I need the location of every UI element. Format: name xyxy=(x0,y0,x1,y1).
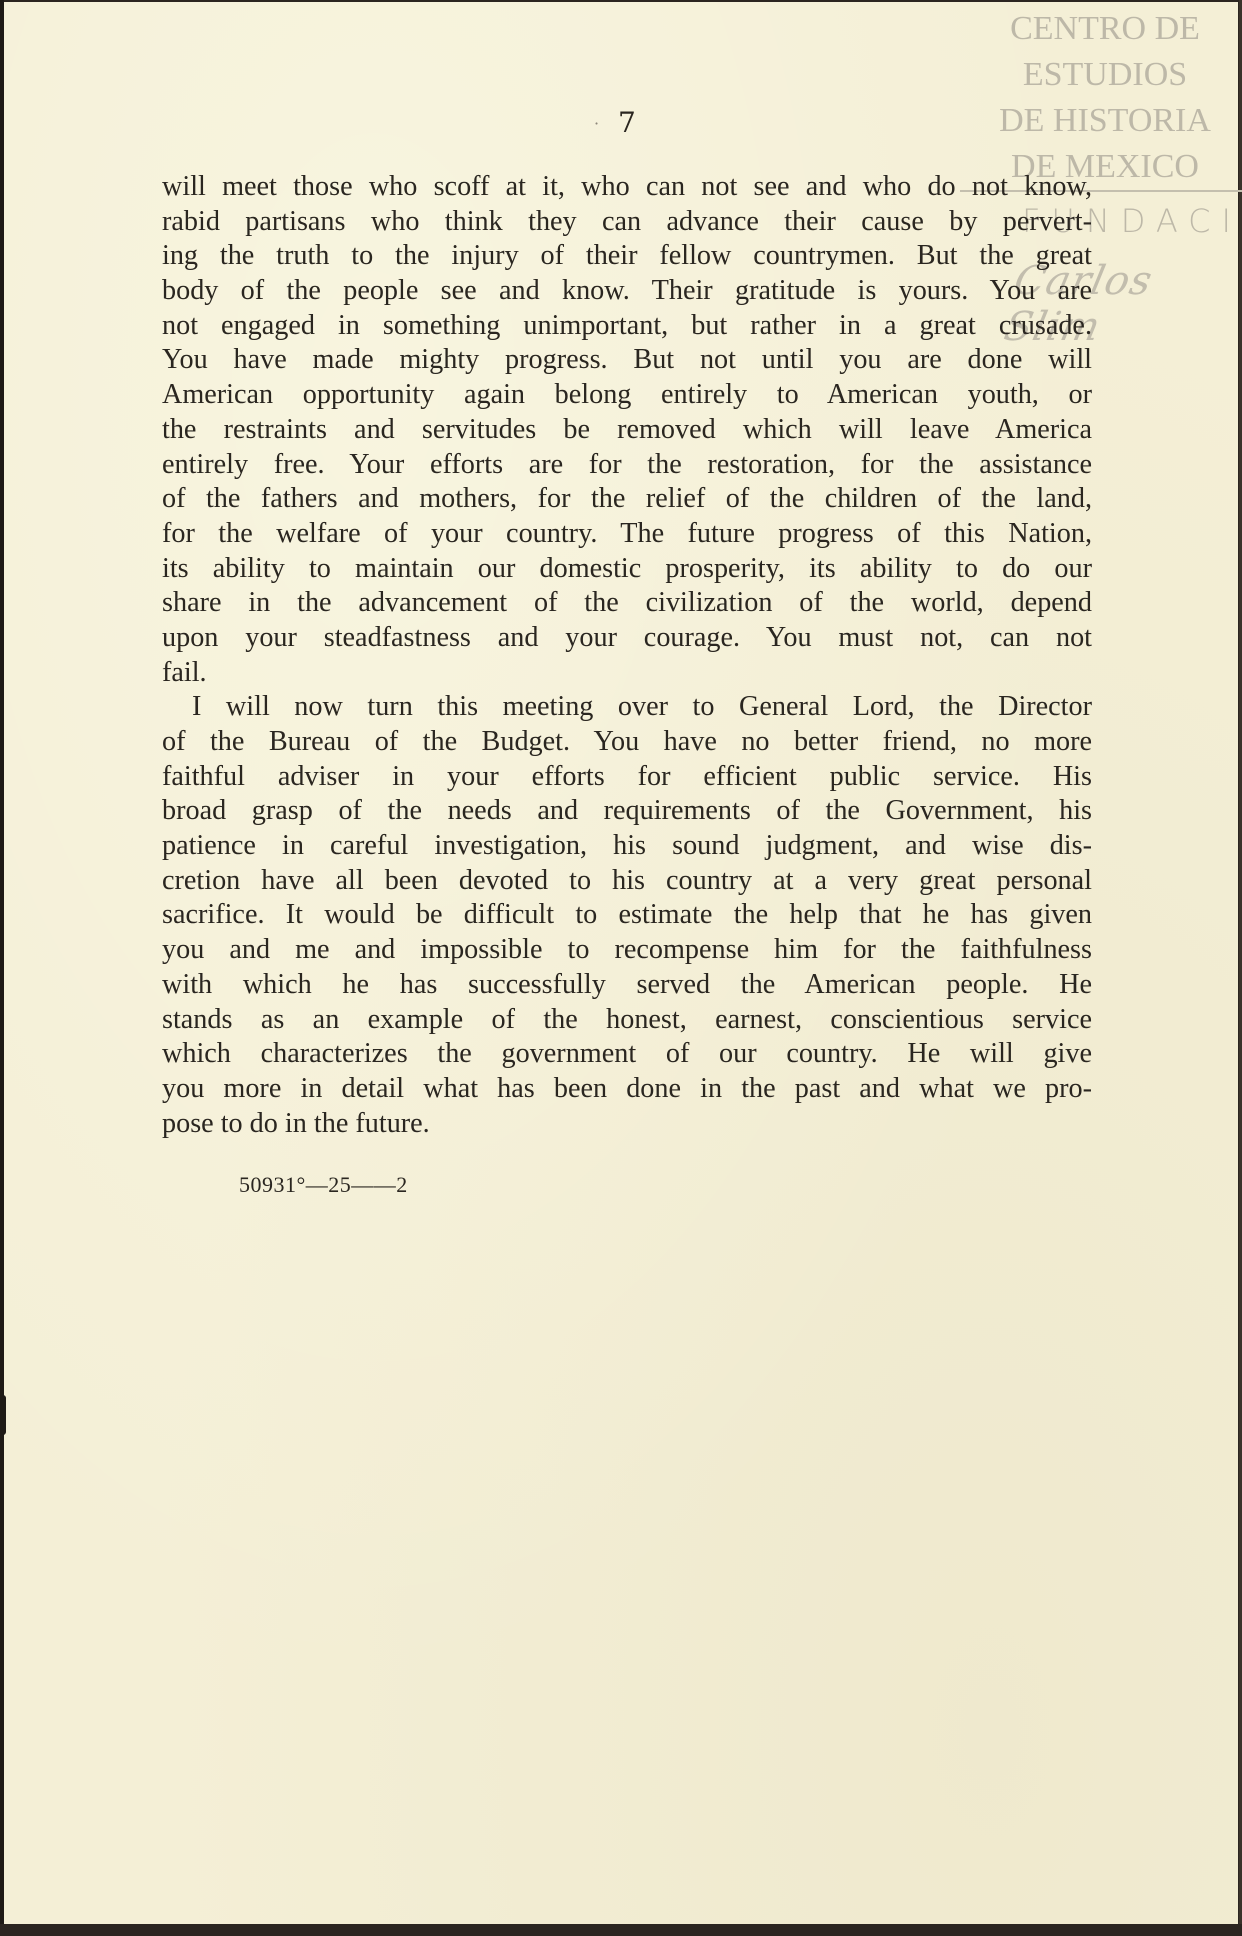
text-line: of the Bureau of the Budget. You have no… xyxy=(162,725,1092,760)
text-line: American opportunity again belong entire… xyxy=(162,378,1092,413)
paragraph-2: I will now turn this meeting over to Gen… xyxy=(162,690,1092,1141)
text-line: rabid partisans who think they can advan… xyxy=(162,205,1092,240)
text-line: I will now turn this meeting over to Gen… xyxy=(162,690,1092,725)
text-line: sacrifice. It would be difficult to esti… xyxy=(162,898,1092,933)
text-line: you and me and impossible to recompense … xyxy=(162,933,1092,968)
body-text: will meet those who scoff at it, who can… xyxy=(162,170,1092,1141)
text-line: will meet those who scoff at it, who can… xyxy=(162,170,1092,205)
text-line: with which he has successfully served th… xyxy=(162,968,1092,1003)
text-line: pose to do in the future. xyxy=(162,1107,1092,1142)
binding-mark xyxy=(0,1395,6,1435)
text-line: cretion have all been devoted to his cou… xyxy=(162,864,1092,899)
paragraph-1: will meet those who scoff at it, who can… xyxy=(162,170,1092,690)
text-line: faithful adviser in your efforts for eff… xyxy=(162,760,1092,795)
print-signature-code: 50931°—25——2 xyxy=(239,1172,408,1198)
page-number: 7 xyxy=(618,106,636,139)
text-line: for the welfare of your country. The fut… xyxy=(162,517,1092,552)
text-line: you more in detail what has been done in… xyxy=(162,1072,1092,1107)
page-number-mark: · xyxy=(594,114,599,133)
text-line: which characterizes the government of ou… xyxy=(162,1037,1092,1072)
text-line: share in the advancement of the civiliza… xyxy=(162,586,1092,621)
text-line: its ability to maintain our domestic pro… xyxy=(162,552,1092,587)
text-line: the restraints and servitudes be removed… xyxy=(162,413,1092,448)
text-line: ing the truth to the injury of their fel… xyxy=(162,239,1092,274)
text-line: body of the people see and know. Their g… xyxy=(162,274,1092,309)
text-line: You have made mighty progress. But not u… xyxy=(162,343,1092,378)
text-line: patience in careful investigation, his s… xyxy=(162,829,1092,864)
text-line: upon your steadfastness and your courage… xyxy=(162,621,1092,656)
text-line: entirely free. Your efforts are for the … xyxy=(162,448,1092,483)
text-line: broad grasp of the needs and requirement… xyxy=(162,794,1092,829)
text-line: not engaged in something unimportant, bu… xyxy=(162,309,1092,344)
text-line: stands as an example of the honest, earn… xyxy=(162,1003,1092,1038)
text-line: fail. xyxy=(162,656,1092,691)
scan-bottom-edge xyxy=(0,1924,1242,1936)
text-line: of the fathers and mothers, for the reli… xyxy=(162,482,1092,517)
